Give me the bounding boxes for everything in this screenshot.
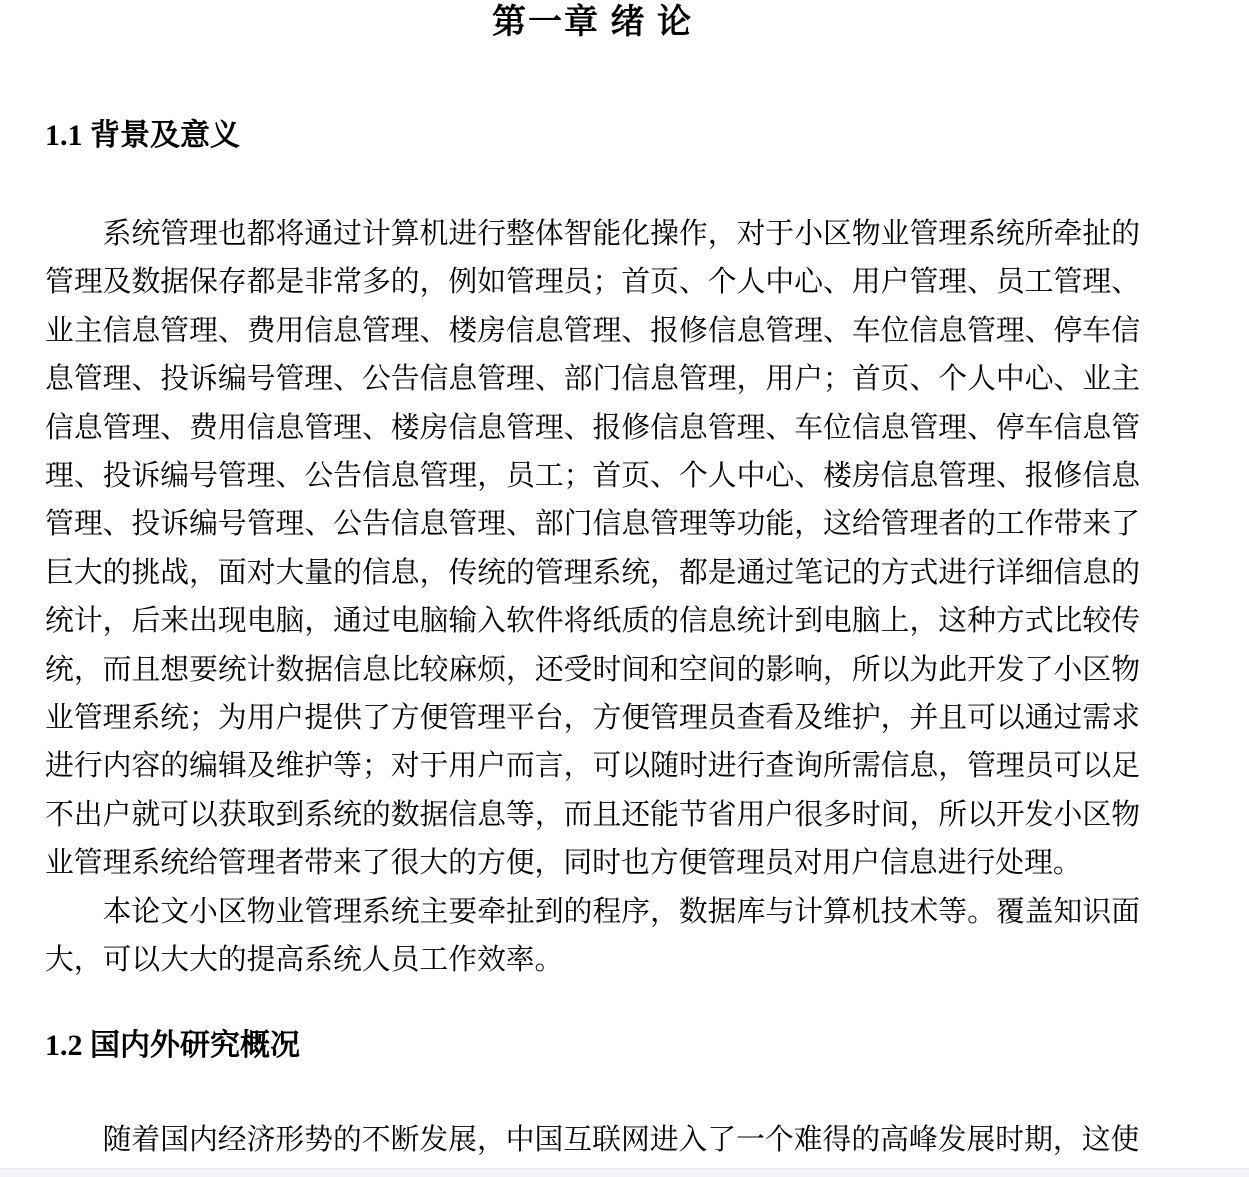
viewport-bottom-strip bbox=[0, 1168, 1249, 1177]
section-heading-1-2: 1.2 国内外研究概况 bbox=[45, 1025, 1140, 1067]
chapter-title: 第一章 绪 论 bbox=[45, 0, 1140, 43]
paragraph-background-2: 本论文小区物业管理系统主要牵扯到的程序，数据库与计算机技术等。覆盖知识面大，可以… bbox=[45, 888, 1140, 985]
paragraph-background-1: 系统管理也都将通过计算机进行整体智能化操作，对于小区物业管理系统所牵扯的管理及数… bbox=[45, 210, 1140, 888]
document-page: 第一章 绪 论 1.1 背景及意义 系统管理也都将通过计算机进行整体智能化操作，… bbox=[45, 0, 1140, 1164]
paragraph-research-overview-1: 随着国内经济形势的不断发展，中国互联网进入了一个难得的高峰发展时期，这使 bbox=[45, 1116, 1140, 1164]
section-heading-1-1: 1.1 背景及意义 bbox=[45, 115, 1140, 157]
